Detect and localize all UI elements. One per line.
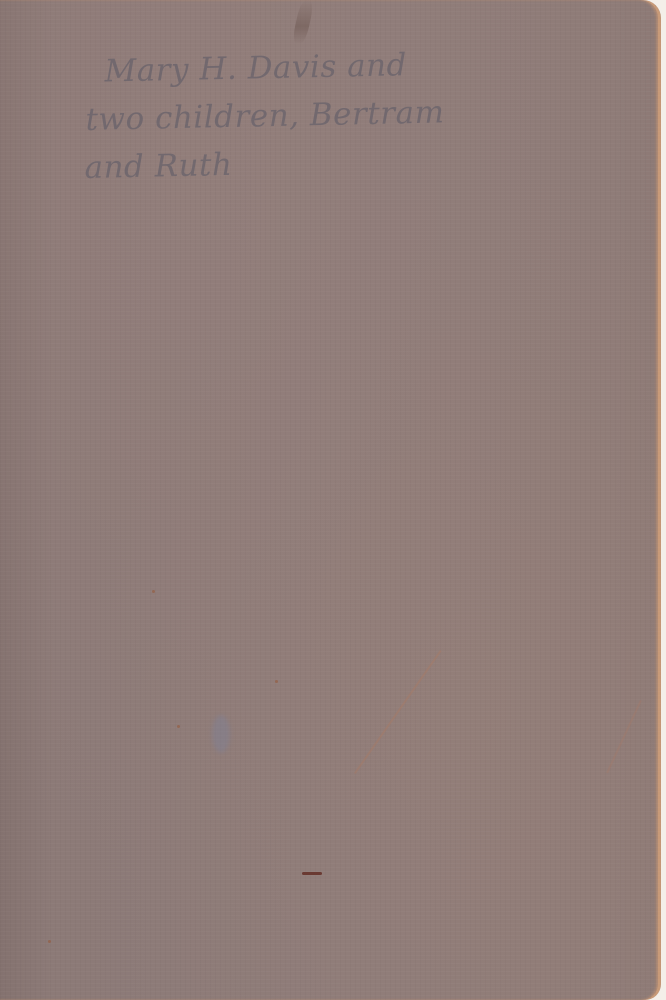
speck [152, 590, 155, 593]
scan-canvas: Mary H. Davis and two children, Bertram … [0, 0, 666, 1000]
scratch-mark [606, 700, 642, 773]
scratch-mark [354, 650, 442, 774]
ink-mark [302, 872, 322, 875]
speck [48, 940, 51, 943]
note-line-3: and Ruth [84, 132, 645, 192]
photo-card-back: Mary H. Davis and two children, Bertram … [0, 0, 661, 1000]
speck [177, 725, 180, 728]
speck [275, 680, 278, 683]
ink-smudge [212, 715, 230, 753]
handwritten-note: Mary H. Davis and two children, Bertram … [82, 36, 645, 192]
top-edge-mark [291, 0, 314, 44]
